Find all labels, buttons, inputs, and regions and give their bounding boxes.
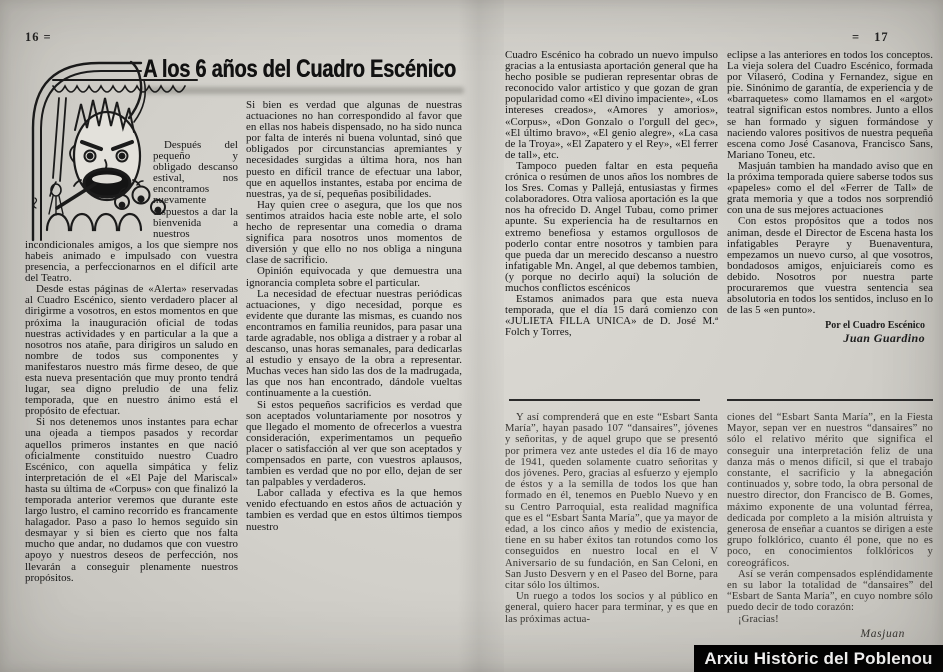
paragraph: ciones del “Esbart Santa María”, en la F… (727, 412, 933, 569)
signature-role: Por el Cuadro Escénico (727, 320, 925, 331)
signature-name: Juan Guardino (727, 331, 925, 346)
page-number-17: 17 (874, 30, 889, 44)
paragraph: Hay quien cree o asegura, que los que no… (246, 200, 462, 267)
paragraph: La necesidad de efectuar nuestras periód… (246, 289, 462, 400)
page17-article2-column-1: Y así comprenderá que en este “Esbart Sa… (505, 412, 718, 625)
paragraph: Tampoco pueden faltar en esta pequeña cr… (505, 161, 718, 294)
paragraph: Cuadro Escénico ha cobrado un nuevo impu… (505, 50, 718, 161)
page17-article1-column-2: eclipse a las anteriores en todos los co… (727, 50, 933, 346)
page16-column-2: Si bien es verdad que algunas de nuestra… (246, 100, 462, 533)
page-marker-left: = (40, 30, 56, 44)
paragraph: Un ruego a todos los socios y al público… (505, 591, 718, 625)
paragraph: Desde estas páginas de «Alerta» reservad… (25, 284, 238, 417)
paragraph: Estamos animados para que esta nueva tem… (505, 294, 718, 338)
page17-article1-column-1: Cuadro Escénico ha cobrado un nuevo impu… (505, 50, 718, 338)
archive-watermark-bar: Arxiu Històric del Poblenou (694, 645, 943, 672)
paragraph: Labor callada y efectiva es la que hemos… (246, 488, 462, 532)
paragraph: Si estos pequeños sacrificios es verdad … (246, 400, 462, 489)
page16-column-1: Después del pequeño y obligado descanso … (25, 95, 238, 584)
paragraph: Si nos detenemos unos instantes para ech… (25, 417, 238, 583)
page-number-16: 16 (25, 30, 40, 44)
paragraph: Opinión equivocada y que demuestra una i… (246, 266, 462, 288)
scanned-magazine-spread: 16= A los 6 años del Cuadro Escénico (0, 0, 943, 672)
page-number-left: 16= (25, 30, 56, 45)
paragraph: ¡Gracias! (727, 614, 933, 625)
paragraph: eclipse a las anteriores en todos los co… (727, 50, 933, 161)
section-divider-right (727, 399, 933, 401)
page-number-right: =17 (848, 30, 889, 45)
page-gutter-shadow (458, 0, 504, 672)
theatre-mask-illustration (25, 95, 153, 233)
article2-signature: Masjuan (727, 628, 933, 640)
article1-signature: Por el Cuadro Escénico Juan Guardino (727, 320, 933, 346)
paragraph: Así se verán compensados espléndidamente… (727, 569, 933, 614)
paragraph: Y así comprenderá que en este “Esbart Sa… (505, 412, 718, 591)
paragraph: Con estos propósitos que a todos nos ani… (727, 216, 933, 316)
section-divider-left (509, 399, 700, 401)
paragraph: Masjuán tambien ha mandado aviso que en … (727, 161, 933, 216)
paragraph: Si bien es verdad que algunas de nuestra… (246, 100, 462, 200)
theatre-mask-curtain-drawing (23, 50, 208, 240)
archive-watermark-label: Arxiu Històric del Poblenou (704, 649, 932, 669)
page17-article2-column-2: ciones del “Esbart Santa María”, en la F… (727, 412, 933, 640)
page-marker-right: = (848, 30, 864, 44)
